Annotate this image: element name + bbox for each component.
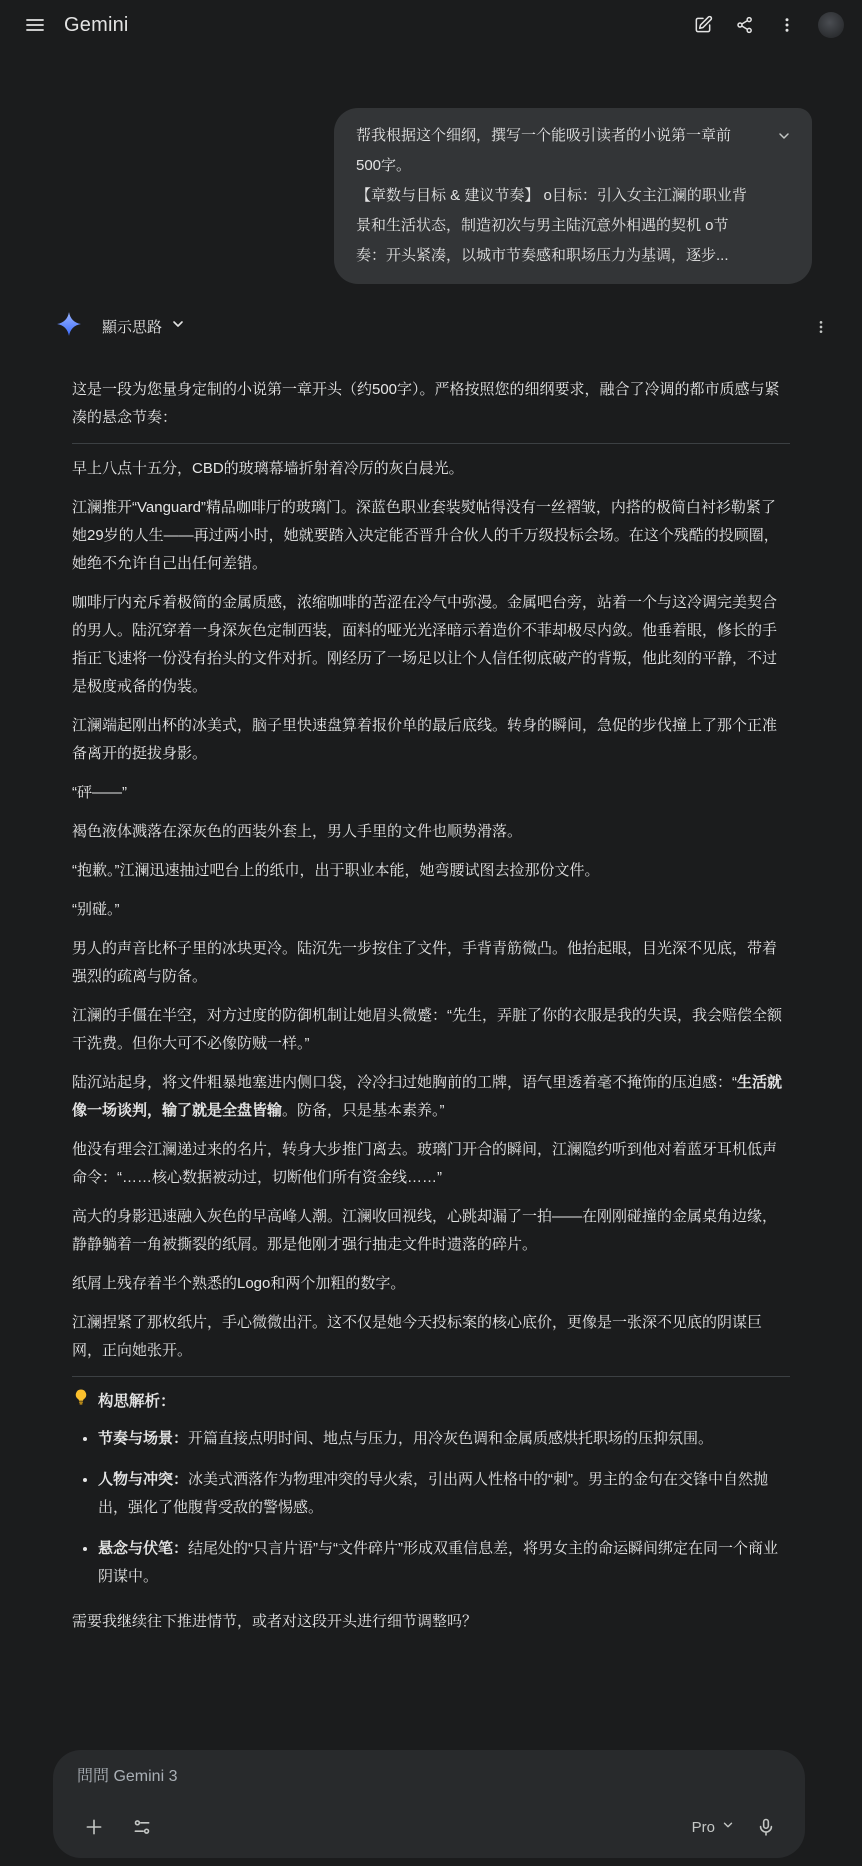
tune-sliders-icon — [132, 1817, 152, 1837]
closing-question: 需要我继续往下推进情节，或者对这段开头进行细节调整吗？ — [72, 1608, 790, 1636]
model-label: Pro — [692, 1819, 715, 1836]
show-thinking-label: 顯示思路 — [102, 316, 162, 337]
lightbulb-icon — [72, 1388, 90, 1411]
bullet-label: 节奏与场景： — [98, 1430, 188, 1447]
plus-icon — [84, 1817, 104, 1837]
chevron-down-icon — [721, 1818, 735, 1836]
add-attachment-button[interactable] — [77, 1810, 111, 1844]
gemini-sparkle-icon — [56, 311, 82, 342]
story-paragraph: “抱歉。”江澜迅速抽过吧台上的纸巾，出于职业本能，她弯腰试图去捡那份文件。 — [72, 857, 790, 885]
analysis-list: 节奏与场景：开篇直接点明时间、地点与压力，用冷灰色调和金属质感烘托职场的压抑氛围… — [72, 1425, 790, 1591]
story-paragraph: “别碰。” — [72, 896, 790, 924]
user-message-line: 帮我根据这个细纲，撰写一个能吸引读者的小说第一章前500字。 — [356, 121, 750, 181]
show-thinking-toggle[interactable]: 顯示思路 — [102, 316, 186, 337]
story-paragraph: “砰——” — [72, 779, 790, 807]
chevron-down-icon — [776, 128, 792, 144]
new-chat-button[interactable] — [686, 8, 720, 42]
story-paragraph-with-quote: 陆沉站起身，将文件粗暴地塞进内侧口袋，冷冷扫过她胸前的工牌，语气里透着毫不掩饰的… — [72, 1069, 790, 1125]
tools-button[interactable] — [125, 1810, 159, 1844]
model-selector[interactable]: Pro — [692, 1818, 735, 1836]
model-response: 这是一段为您量身定制的小说第一章开头（约500字）。严格按照您的细纲要求，融合了… — [72, 376, 790, 1636]
analysis-heading: 构思解析： — [72, 1388, 790, 1411]
user-message-line: 【章数与目标 & 建议节奏】 o目标：引入女主江澜的职业背景和生活状态，制造初次… — [356, 181, 750, 271]
story-paragraph: 江澜端起刚出杯的冰美式，脑子里快速盘算着报价单的最后底线。转身的瞬间，急促的步伐… — [72, 712, 790, 768]
list-item: 节奏与场景：开篇直接点明时间、地点与压力，用冷灰色调和金属质感烘托职场的压抑氛围… — [98, 1425, 790, 1453]
microphone-icon — [756, 1817, 776, 1837]
model-response-header: 顯示思路 — [72, 310, 790, 342]
bullet-label: 悬念与伏笔： — [98, 1540, 188, 1557]
share-icon — [735, 15, 755, 35]
prompt-input[interactable] — [77, 1768, 783, 1786]
more-options-button[interactable] — [770, 8, 804, 42]
story-paragraph: 咖啡厅内充斥着极简的金属质感，浓缩咖啡的苦涩在冷气中弥漫。金属吧台旁，站着一个与… — [72, 589, 790, 701]
app-title: Gemini — [64, 14, 129, 37]
kebab-icon — [813, 319, 829, 335]
analysis-title-text: 构思解析： — [98, 1389, 176, 1411]
chevron-down-icon — [170, 316, 186, 336]
story-paragraph: 高大的身影迅速融入灰色的早高峰人潮。江澜收回视线，心跳却漏了一拍——在刚刚碰撞的… — [72, 1203, 790, 1259]
microphone-button[interactable] — [749, 1810, 783, 1844]
story-paragraph: 早上八点十五分，CBD的玻璃幕墙折射着冷厉的灰白晨光。 — [72, 455, 790, 483]
expand-message-button[interactable] — [772, 124, 796, 148]
divider — [72, 1376, 790, 1377]
story-paragraph: 江澜推开“Vanguard”精品咖啡厅的玻璃门。深蓝色职业套装熨帖得没有一丝褶皱… — [72, 494, 790, 578]
user-message-bubble: 帮我根据这个细纲，撰写一个能吸引读者的小说第一章前500字。 【章数与目标 & … — [334, 108, 812, 284]
response-options-button[interactable] — [804, 310, 838, 344]
top-bar: Gemini — [0, 0, 862, 50]
bullet-label: 人物与冲突： — [98, 1471, 188, 1488]
chat-area: 帮我根据这个细纲，撰写一个能吸引读者的小说第一章前500字。 【章数与目标 & … — [0, 108, 862, 1636]
avatar[interactable] — [818, 12, 844, 38]
menu-button[interactable] — [18, 8, 52, 42]
response-intro: 这是一段为您量身定制的小说第一章开头（约500字）。严格按照您的细纲要求，融合了… — [72, 376, 790, 432]
prompt-composer: Pro — [53, 1750, 805, 1858]
hamburger-icon — [25, 15, 45, 35]
story-paragraph: 江澜的手僵在半空，对方过度的防御机制让她眉头微蹙：“先生，弄脏了你的衣服是我的失… — [72, 1002, 790, 1058]
list-item: 人物与冲突：冰美式洒落作为物理冲突的导火索，引出两人性格中的“刺”。男主的金句在… — [98, 1466, 790, 1522]
kebab-icon — [778, 16, 796, 34]
story-paragraph: 他没有理会江澜递过来的名片，转身大步推门离去。玻璃门开合的瞬间，江澜隐约听到他对… — [72, 1136, 790, 1192]
story-paragraph: 男人的声音比杯子里的冰块更冷。陆沉先一步按住了文件，手背青筋微凸。他抬起眼，目光… — [72, 935, 790, 991]
story-paragraph: 纸屑上残存着半个熟悉的Logo和两个加粗的数字。 — [72, 1270, 790, 1298]
share-button[interactable] — [728, 8, 762, 42]
story-paragraph: 江澜捏紧了那枚纸片，手心微微出汗。这不仅是她今天投标案的核心底价，更像是一张深不… — [72, 1309, 790, 1365]
compose-icon — [693, 15, 713, 35]
divider — [72, 443, 790, 444]
story-paragraph: 褐色液体溅落在深灰色的西装外套上，男人手里的文件也顺势滑落。 — [72, 818, 790, 846]
list-item: 悬念与伏笔：结尾处的“只言片语”与“文件碎片”形成双重信息差，将男女主的命运瞬间… — [98, 1535, 790, 1591]
